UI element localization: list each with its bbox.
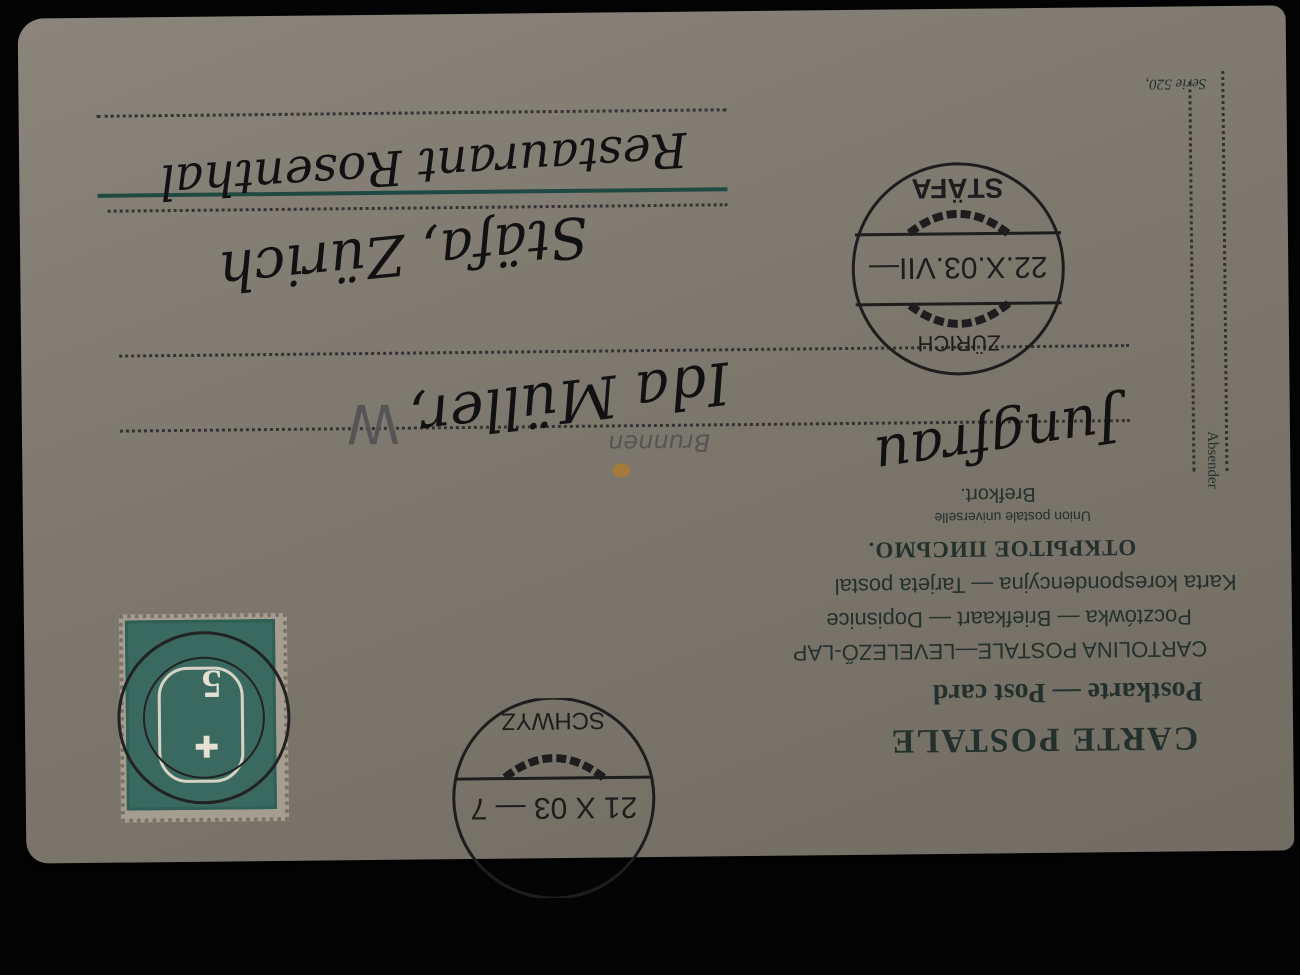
postcard-face: CARTE POSTALE Postkarte — Post card CART… — [18, 5, 1295, 863]
absender-label: Absender — [1203, 431, 1221, 489]
subtitle-postkarte: Postkarte — Post card — [933, 674, 1203, 709]
sender-dotted-line — [1188, 81, 1195, 471]
pencil-mark-w: W — [346, 392, 400, 456]
languages-line-1: CARTOLINA POSTALE—LEVELEZŐ-LAP — [793, 635, 1208, 665]
schwyz-postmark: 21 X 03 — 7 SCHWYZ — [438, 697, 670, 899]
handwritten-recipient-line4: Restaurant Rosenthal — [158, 121, 689, 210]
address-line-4 — [97, 108, 727, 118]
handwritten-recipient-line1: Jungfrau — [870, 388, 1124, 489]
union-postale-text: Union postale universelle — [934, 508, 1091, 526]
schwyz-postmark-date: 21 X 03 — 7 — [470, 790, 637, 825]
postcard: CARTE POSTALE Postkarte — Post card CART… — [18, 5, 1295, 863]
schwyz-postmark-town: SCHWYZ — [501, 707, 605, 735]
languages-line-3: Karta korespondencyjna — Tarjeta postal — [835, 569, 1237, 599]
postage-stamp: ✚ 5 — [119, 613, 289, 823]
stafa-postmark-date: 22.X.03.VII— — [869, 250, 1048, 285]
stafa-postmark: 22.X.03.VII— ZÜRICH STÄFA — [842, 153, 1074, 385]
brefkort-text: Brefkort. — [960, 482, 1036, 506]
stafa-postmark-canton: ZÜRICH — [917, 330, 1000, 356]
stain-spot — [612, 463, 630, 477]
stamp-cancellation-mark — [103, 607, 305, 829]
languages-line-2: Pocztówka — Briefkaart — Dopisnice — [826, 603, 1192, 633]
stafa-postmark-town: STÄFA — [911, 172, 1003, 204]
series-label: Serie 520, — [1145, 74, 1206, 92]
title-carte-postale: CARTE POSTALE — [890, 718, 1199, 759]
pencil-mark-brunnen: Brunnen — [608, 428, 710, 457]
russian-title: ОТКРЫТОЕ ПИСЬМО. — [867, 534, 1136, 563]
handwritten-recipient-line3: Stäfa, Zürich — [215, 203, 591, 304]
sender-dotted-line-2 — [1221, 71, 1228, 471]
